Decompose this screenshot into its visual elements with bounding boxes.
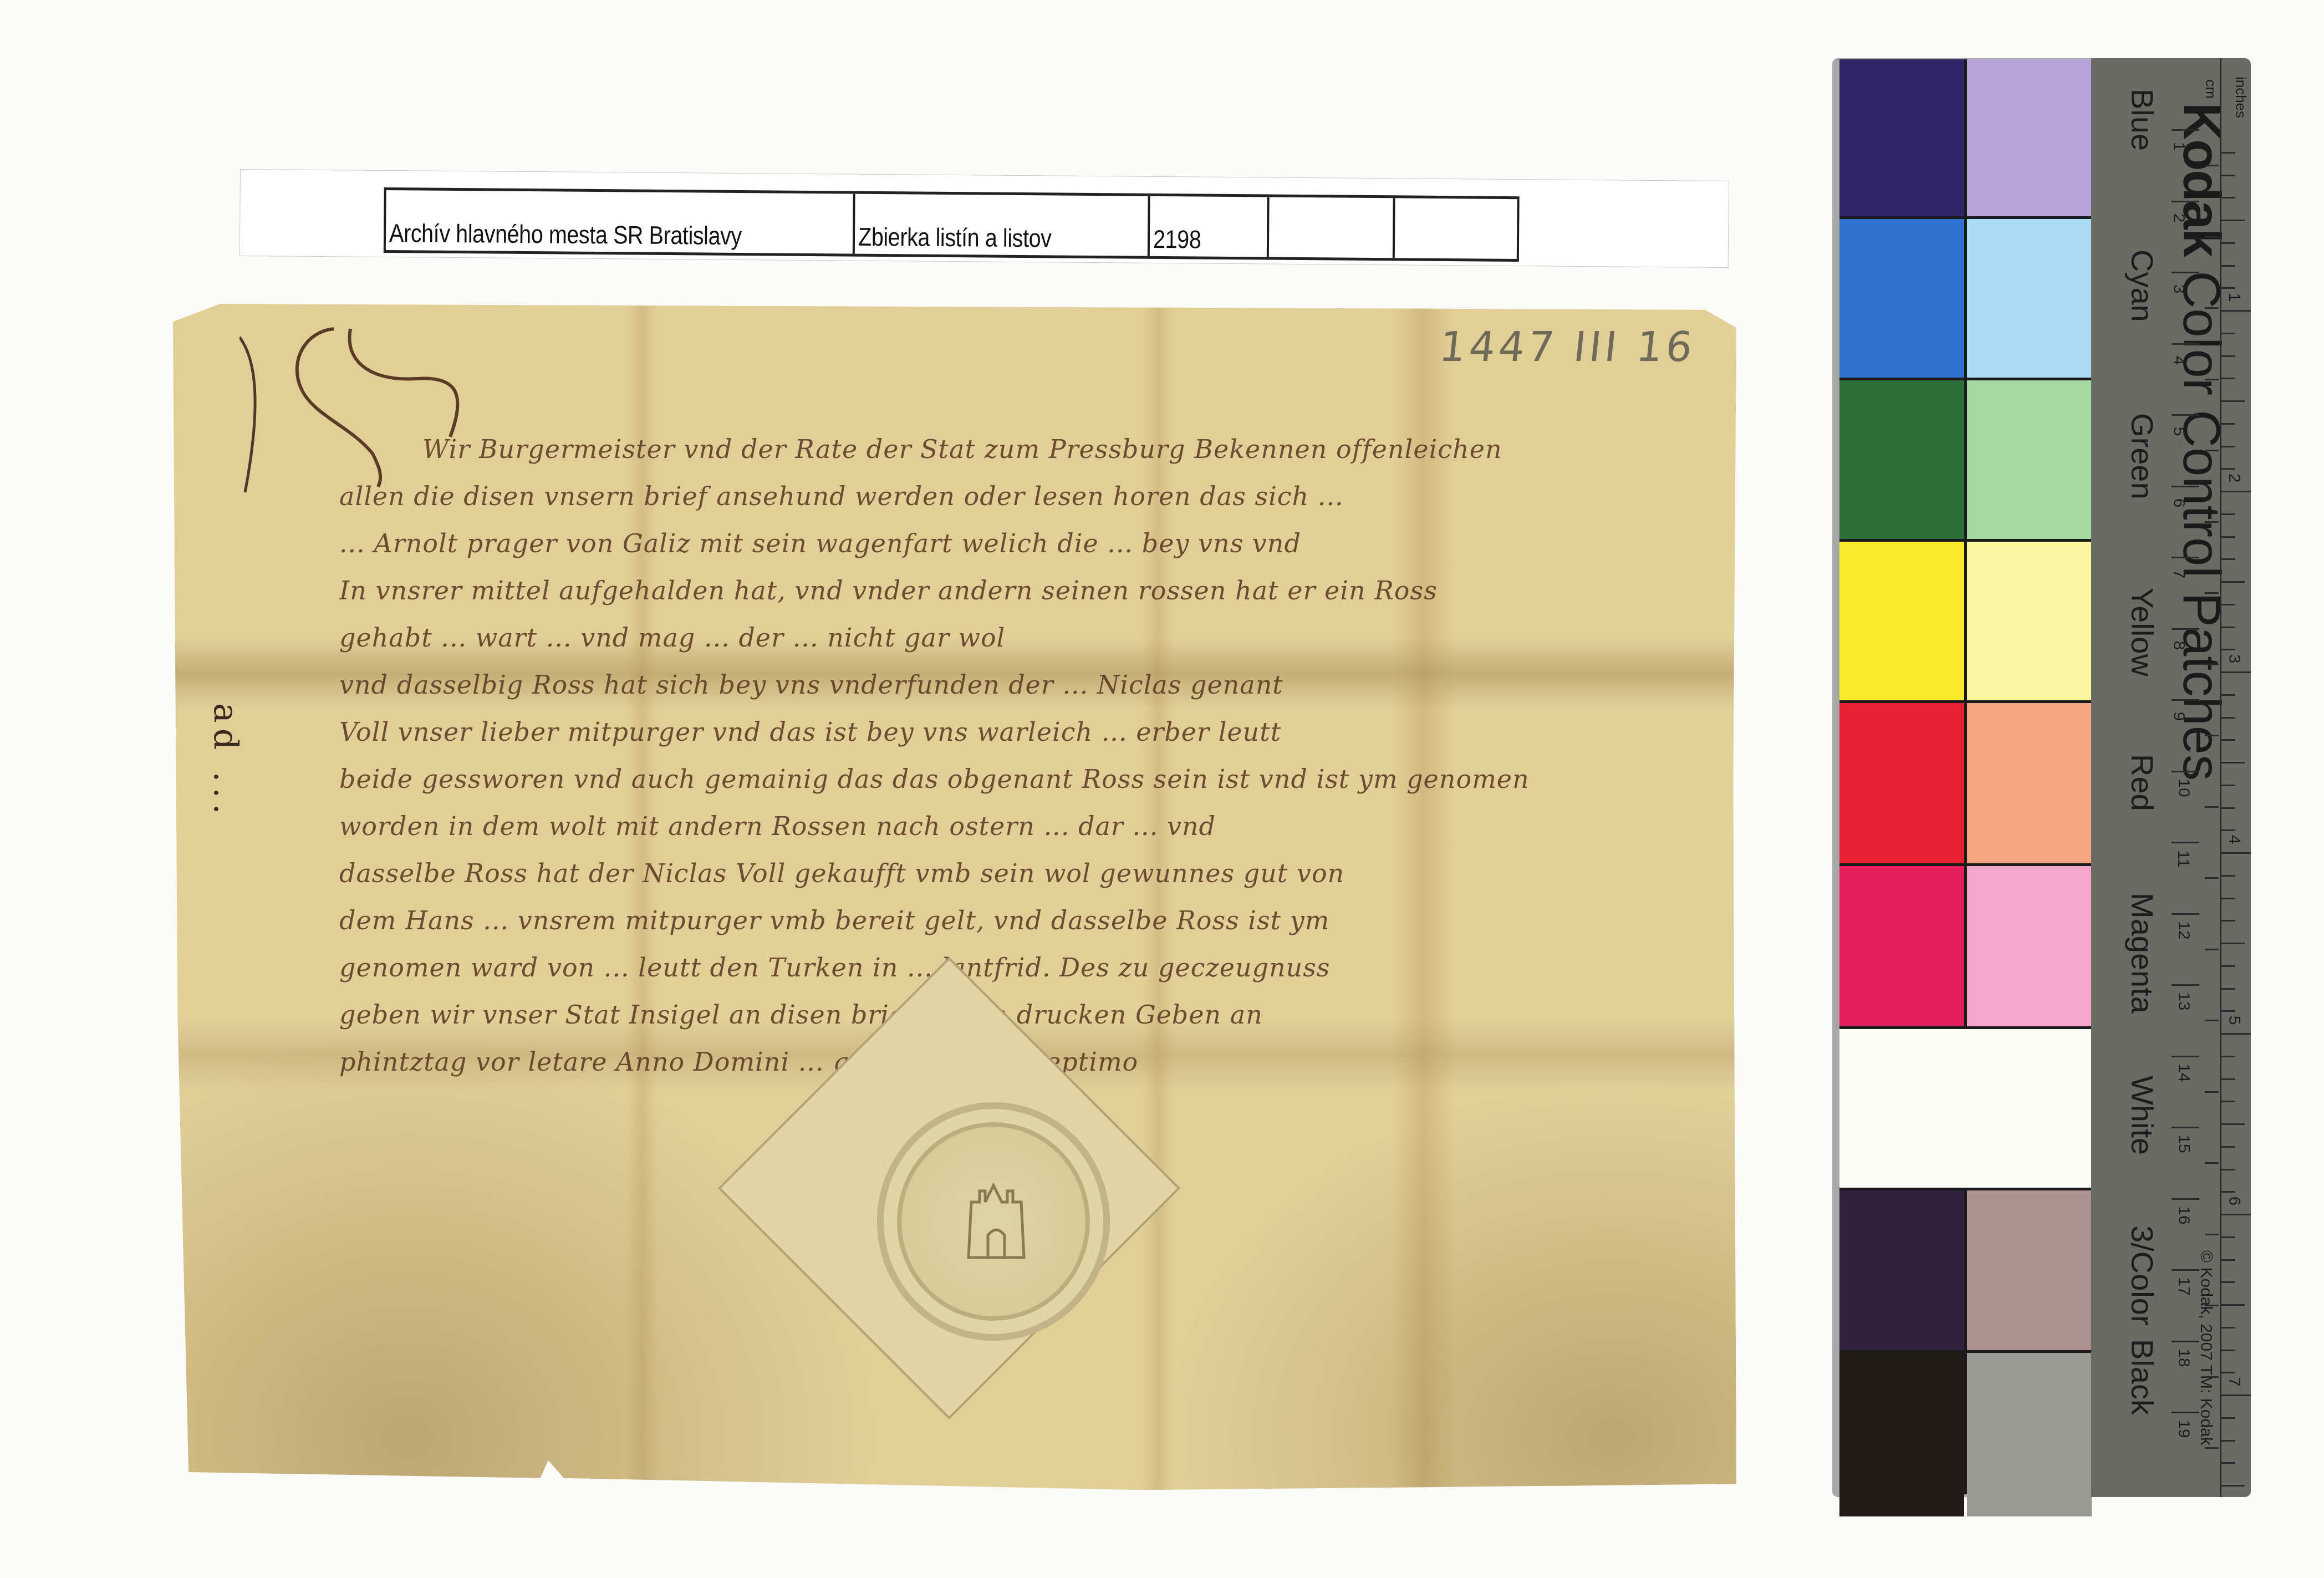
patch-magenta-dark [1839, 866, 1964, 1026]
cm-half-tick [2205, 949, 2219, 950]
item-number-cell: 2198 [1148, 196, 1267, 257]
cm-half-tick [2205, 735, 2219, 736]
cm-half-tick [2205, 1376, 2219, 1378]
cm-tick-label: 19 [2174, 1419, 2193, 1438]
cm-tick-label: 10 [2174, 778, 2193, 797]
cm-tick [2172, 129, 2199, 131]
cm-tick [2172, 1412, 2199, 1413]
inch-sub-tick [2220, 355, 2235, 357]
archive-label-table: Archív hlavného mesta SR Bratislavy Zbie… [384, 187, 1520, 262]
patch-black-light [1967, 1353, 2092, 1516]
inch-tick [2220, 491, 2251, 492]
color-patches [1839, 59, 2092, 1494]
date-annotation: 1447 III 16 [1437, 323, 1698, 371]
cm-half-tick [2205, 592, 2219, 594]
manuscript-text: Wir Burgermeister vnd der Rate der Stat … [339, 426, 1714, 1086]
label-magenta: Magenta [2127, 893, 2158, 1014]
cm-tick-label: 2 [2169, 213, 2188, 222]
text-line: dasselbe Ross hat der Niclas Voll gekauf… [339, 850, 1714, 897]
inch-sub-tick [2220, 1236, 2235, 1238]
inch-tick [2220, 671, 2251, 673]
item-number: 2198 [1153, 224, 1201, 254]
text-line: ... Arnolt prager von Galiz mit sein wag… [339, 520, 1714, 567]
patch-3color-light [1967, 1190, 2092, 1350]
inch-sub-tick [2220, 898, 2235, 899]
cm-tick-label: 5 [2169, 427, 2188, 436]
cm-tick [2172, 1056, 2199, 1057]
cm-tick-label: 9 [2169, 712, 2188, 721]
cm-tick [2172, 557, 2199, 558]
inch-sub-tick [2220, 197, 2235, 198]
inch-sub-tick [2220, 175, 2235, 176]
collection-name-cell: Zbierka listín a listov [853, 194, 1148, 256]
cm-half-tick [2205, 877, 2219, 879]
inch-sub-tick [2220, 875, 2235, 877]
inch-sub-tick [2220, 920, 2235, 922]
label-white: White [2127, 1076, 2158, 1155]
cm-tick [2172, 343, 2199, 345]
patch-yellow-light [1967, 542, 2092, 700]
cm-tick-label: 13 [2174, 992, 2193, 1010]
inch-sub-tick [2220, 400, 2245, 402]
inch-tick-label: 4 [2225, 835, 2244, 844]
patch-yellow-dark [1839, 542, 1964, 700]
patch-blue-dark [1839, 59, 1964, 216]
cm-tick [2172, 842, 2199, 843]
inch-tick-label: 2 [2225, 474, 2244, 483]
patch-cyan-light [1967, 219, 2092, 378]
chart-subtitle: Color Control Patches [2173, 271, 2231, 781]
label-blue: Blue [2127, 89, 2158, 151]
inches-unit-label: inches [2232, 77, 2249, 118]
patch-red-dark [1839, 703, 1964, 863]
cm-half-tick [2205, 307, 2219, 309]
inch-tick-label: 5 [2225, 1016, 2244, 1025]
cm-half-tick [2205, 1091, 2219, 1093]
text-line: genomen ward von ... leutt den Turken in… [339, 944, 1714, 991]
label-3color: 3/Color [2127, 1225, 2158, 1326]
patch-red-light [1967, 703, 2092, 863]
cm-half-tick [2205, 1162, 2219, 1164]
text-line: Voll vnser lieber mitpurger vnd das ist … [339, 709, 1714, 756]
inch-sub-tick [2220, 1010, 2235, 1012]
cm-tick-label: 4 [2169, 355, 2188, 365]
cm-tick-label: 6 [2169, 498, 2188, 507]
cm-unit-label: cm [2202, 79, 2219, 99]
text-line: Wir Burgermeister vnd der Rate der Stat … [339, 426, 1714, 473]
text-line: In vnsrer mittel aufgehalden hat, vnd vn… [339, 567, 1714, 614]
inch-sub-tick [2220, 423, 2235, 425]
inch-sub-tick [2220, 807, 2235, 809]
text-line: worden in dem wolt mit andern Rossen nac… [339, 803, 1714, 850]
inch-sub-tick [2220, 762, 2245, 763]
patch-blue-light [1967, 59, 2092, 216]
inch-sub-tick [2220, 333, 2235, 334]
manuscript-charter: 1447 III 16 ad ... Wir Burgermeister vnd… [173, 304, 1736, 1496]
inch-sub-tick [2220, 785, 2235, 786]
inch-sub-tick [2220, 1101, 2235, 1102]
inch-tick-label: 1 [2225, 293, 2244, 302]
inch-sub-tick [2220, 1462, 2235, 1464]
inch-sub-tick [2220, 988, 2235, 990]
cm-tick-label: 3 [2169, 284, 2188, 294]
inch-sub-tick [2220, 378, 2235, 379]
archive-label-slip: Archív hlavného mesta SR Bratislavy Zbie… [239, 169, 1729, 268]
inch-tick-label: 3 [2225, 654, 2244, 664]
cm-tick [2172, 272, 2199, 273]
patch-cyan-dark [1839, 219, 1964, 378]
cm-tick [2172, 984, 2199, 986]
inch-tick [2220, 852, 2251, 854]
cm-tick-label: 15 [2174, 1134, 2193, 1153]
empty-cell-1 [1267, 197, 1393, 258]
inch-sub-tick [2220, 581, 2245, 583]
inch-sub-tick [2220, 1123, 2245, 1125]
inch-tick [2220, 310, 2251, 312]
cm-half-tick [2205, 1447, 2219, 1449]
cm-tick-label: 18 [2174, 1348, 2193, 1367]
cm-tick [2172, 771, 2199, 772]
cm-half-tick [2205, 664, 2219, 665]
inch-sub-tick [2220, 1281, 2235, 1283]
inch-sub-tick [2220, 604, 2235, 605]
text-line: dem Hans ... vnsrem mitpurger vmb bereit… [339, 897, 1714, 944]
cm-half-tick [2205, 236, 2219, 238]
inch-sub-tick [2220, 1259, 2235, 1261]
cm-tick [2172, 1198, 2199, 1200]
cm-tick [2172, 628, 2199, 630]
label-yellow: Yellow [2127, 588, 2158, 676]
collection-name: Zbierka listín a listov [858, 222, 1052, 253]
cm-tick-label: 1 [2169, 142, 2188, 151]
inch-tick-label: 6 [2225, 1197, 2244, 1206]
inch-sub-tick [2220, 965, 2235, 967]
inch-sub-tick [2220, 649, 2235, 650]
inch-tick-label: 7 [2225, 1377, 2244, 1387]
inch-sub-tick [2220, 1327, 2235, 1328]
inch-sub-tick [2220, 739, 2235, 741]
inch-sub-tick [2220, 1078, 2235, 1080]
inch-sub-tick [2220, 1191, 2235, 1193]
cm-tick [2172, 1341, 2199, 1342]
cm-half-tick [2205, 1305, 2219, 1306]
inch-sub-tick [2220, 627, 2235, 628]
castle-seal-icon [960, 1180, 1032, 1263]
archive-name: Archív hlavného mesta SR Bratislavy [389, 218, 742, 251]
inch-sub-tick [2220, 536, 2235, 538]
inch-tick [2220, 1033, 2251, 1035]
inch-sub-tick [2220, 1146, 2235, 1148]
label-green: Green [2127, 413, 2158, 500]
cm-tick-label: 12 [2174, 921, 2193, 939]
inch-sub-tick [2220, 265, 2235, 267]
cm-tick [2172, 486, 2199, 487]
inch-sub-tick [2220, 558, 2235, 560]
label-cyan: Cyan [2127, 250, 2158, 322]
inch-tick [2220, 1394, 2251, 1396]
copyright-notice: © Kodak, 2007 TM: Kodak [2196, 1250, 2215, 1445]
inch-sub-tick [2220, 1485, 2245, 1487]
cm-tick-label: 17 [2174, 1277, 2193, 1295]
inch-sub-tick [2220, 220, 2245, 221]
patch-3color-dark [1839, 1190, 1964, 1350]
inch-sub-tick [2220, 242, 2235, 244]
patch-black-dark [1839, 1353, 1964, 1516]
text-line: geben wir vnser Stat Insigel an disen br… [339, 991, 1714, 1039]
patch-green-light [1967, 380, 2092, 539]
inch-sub-tick [2220, 694, 2235, 696]
patch-green-dark [1839, 380, 1964, 539]
archive-name-cell: Archív hlavného mesta SR Bratislavy [384, 190, 853, 254]
label-black: Black [2127, 1339, 2158, 1415]
cm-half-tick [2205, 806, 2219, 808]
inch-sub-tick [2220, 1056, 2235, 1057]
ruler-panel: Kodak Color Control Patches Blue Cyan Gr… [2091, 58, 2251, 1497]
cm-half-tick [2205, 379, 2219, 380]
empty-cell-2 [1393, 198, 1520, 259]
inch-sub-tick [2220, 943, 2245, 944]
patch-magenta-light [1967, 866, 2092, 1026]
cm-tick-label: 14 [2174, 1063, 2193, 1082]
cm-half-tick [2205, 450, 2219, 451]
cm-tick-label: 8 [2169, 640, 2188, 650]
inch-tick [2220, 1214, 2251, 1215]
text-line: beide gessworen vnd auch gemainig das da… [339, 756, 1714, 803]
inch-sub-tick [2220, 1372, 2235, 1373]
inch-sub-tick [2220, 1304, 2245, 1306]
cm-half-tick [2205, 521, 2219, 523]
inch-sub-tick [2220, 287, 2235, 289]
inch-sub-tick [2220, 1440, 2235, 1442]
inch-sub-tick [2220, 1417, 2235, 1419]
cm-half-tick [2205, 1234, 2219, 1235]
cm-tick [2172, 201, 2199, 202]
inch-sub-tick [2220, 513, 2235, 515]
text-line: gehabt ... wart ... vnd mag ... der ... … [339, 614, 1714, 661]
inch-sub-tick [2220, 829, 2235, 831]
cm-tick-label: 11 [2174, 850, 2193, 867]
cm-tick [2172, 913, 2199, 915]
text-line: allen die disen vnsern brief ansehund we… [339, 473, 1714, 520]
cm-tick [2172, 699, 2199, 701]
cm-half-tick [2205, 165, 2219, 166]
kodak-brand: Kodak [2173, 103, 2231, 256]
cm-tick-label: 7 [2169, 569, 2188, 579]
text-line: vnd dasselbig Ross hat sich bey vns vnde… [339, 661, 1714, 709]
inch-sub-tick [2220, 1169, 2235, 1170]
inch-sub-tick [2220, 446, 2235, 447]
cm-tick [2172, 414, 2199, 416]
margin-annotation: ad ... [217, 703, 245, 1047]
cm-tick [2172, 1269, 2199, 1271]
inch-sub-tick [2220, 152, 2235, 154]
cm-tick [2172, 1127, 2199, 1128]
cm-half-tick [2205, 1020, 2219, 1021]
label-red: Red [2127, 754, 2158, 811]
patch-white [1839, 1029, 2092, 1188]
inch-sub-tick [2220, 468, 2235, 470]
inch-sub-tick [2220, 717, 2235, 719]
cm-tick-label: 16 [2174, 1206, 2193, 1224]
kodak-color-control-strip: Kodak Color Control Patches Blue Cyan Gr… [1832, 58, 2251, 1497]
inch-sub-tick [2220, 1350, 2235, 1351]
